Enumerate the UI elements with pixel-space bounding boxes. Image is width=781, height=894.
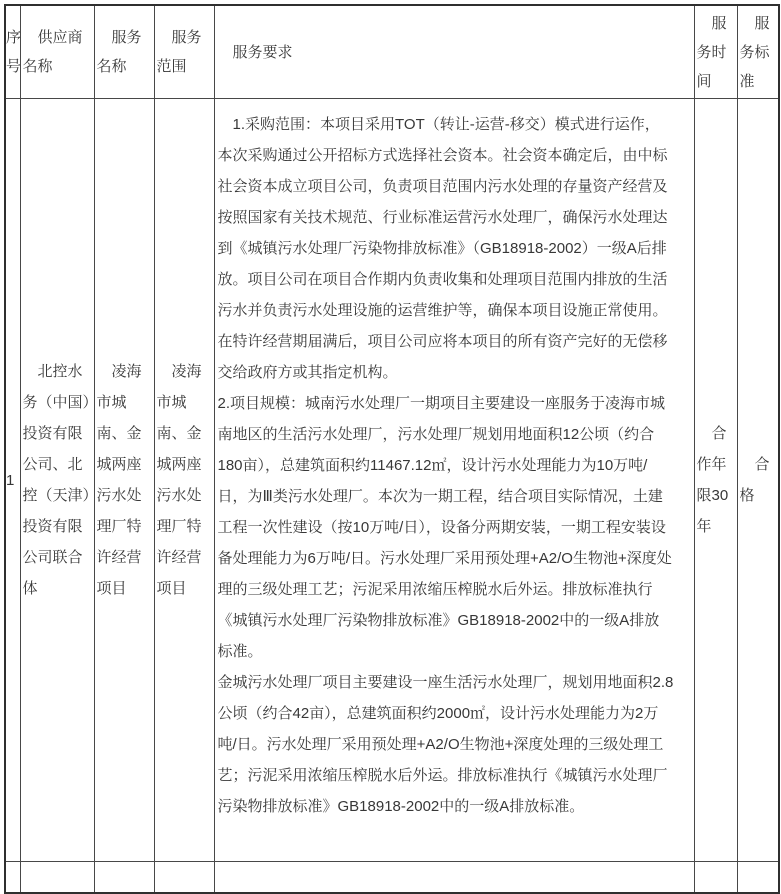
requirement-paragraph-3: 金城污水处理厂项目主要建设一座生活污水处理厂，规划用地面积2.8公顷（约合42亩…	[218, 667, 674, 822]
data-row-1: 1 北控水务（中国）投资有限公司、北控（天津）投资有限公司联合体 凌海市城南、金…	[5, 99, 779, 862]
procurement-result-table: 序号 供应商名称 服务名称 服务范围 服务要求 服务时间 服务标准 1 北控水务…	[4, 4, 780, 894]
header-cell-service-name: 服务名称	[94, 5, 154, 99]
header-cell-serial-number: 序号	[5, 5, 20, 99]
header-cell-service-scope: 服务范围	[154, 5, 214, 99]
requirement-paragraph-2: 2.项目规模：城南污水处理厂一期项目主要建设一座服务于凌海市城南地区的生活污水处…	[218, 388, 674, 667]
service-standard-cell: 合格	[737, 99, 779, 862]
supplier-name-cell: 北控水务（中国）投资有限公司、北控（天津）投资有限公司联合体	[20, 99, 94, 862]
empty-service-name-cell	[94, 862, 154, 894]
empty-supplier-cell	[20, 862, 94, 894]
service-name-cell: 凌海市城南、金城两座污水处理厂特许经营项目	[94, 99, 154, 862]
header-row: 序号 供应商名称 服务名称 服务范围 服务要求 服务时间 服务标准	[5, 5, 779, 99]
requirement-paragraph-1: 1.采购范围：本项目采用TOT（转让-运营-移交）模式进行运作，本次采购通过公开…	[218, 109, 674, 388]
header-cell-service-requirements: 服务要求	[214, 5, 694, 99]
serial-number-cell: 1	[5, 99, 20, 862]
service-scope-cell: 凌海市城南、金城两座污水处理厂特许经营项目	[154, 99, 214, 862]
page: 序号 供应商名称 服务名称 服务范围 服务要求 服务时间 服务标准 1 北控水务…	[0, 0, 781, 889]
service-time-cell: 合作年限30年	[694, 99, 737, 862]
header-cell-service-standard: 服务标准	[737, 5, 779, 99]
empty-service-standard-cell	[737, 862, 779, 894]
empty-service-time-cell	[694, 862, 737, 894]
empty-service-scope-cell	[154, 862, 214, 894]
header-cell-supplier-name: 供应商名称	[20, 5, 94, 99]
empty-requirements-cell	[214, 862, 694, 894]
empty-row	[5, 862, 779, 894]
header-cell-service-time: 服务时间	[694, 5, 737, 99]
requirements-cell: 1.采购范围：本项目采用TOT（转让-运营-移交）模式进行运作，本次采购通过公开…	[214, 99, 694, 862]
empty-serial-cell	[5, 862, 20, 894]
